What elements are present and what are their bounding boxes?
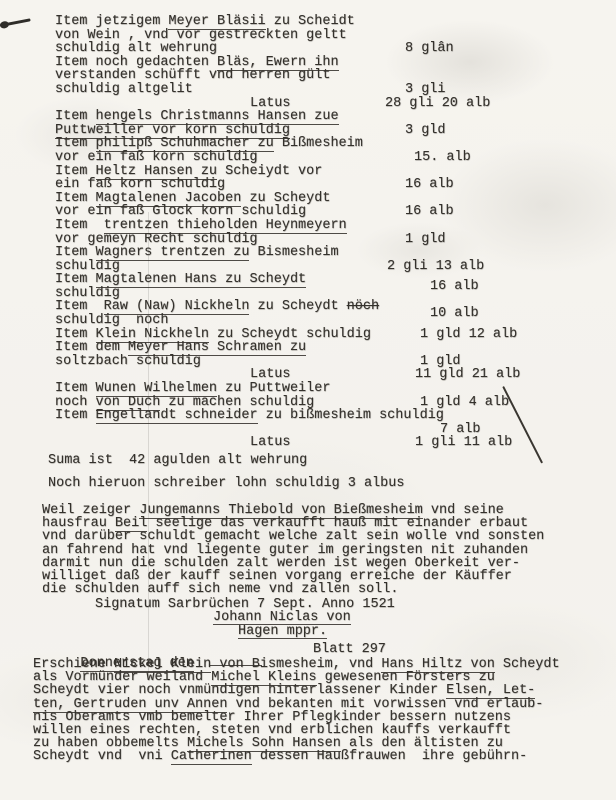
- ledger-entry: Item hengels Christmanns Hansen zuePuttw…: [55, 110, 575, 137]
- ledger-entry: Item jetzigem Meyer Bläsii zu Scheidtvon…: [55, 15, 575, 56]
- ledger-line: Item Magtalenen Hans zu Scheydt: [55, 273, 575, 287]
- latus-row: Latus11 gld 21 alb: [55, 368, 575, 382]
- ledger-line: schuldig noch10 alb: [55, 314, 575, 328]
- ledger-line: schuldig altgelit3 gli: [55, 83, 575, 97]
- scanned-page: Item jetzigem Meyer Bläsii zu Scheidtvon…: [0, 0, 616, 800]
- ledger-entry: Item dem Meyer Hans Schramen zusoltzbach…: [55, 341, 575, 368]
- amount-value: 2 gli 13 alb: [387, 260, 484, 274]
- ledger-line: Item Wagners trentzen zu Bismesheim: [55, 246, 575, 260]
- text-run: zu bißmesheim schuldig: [258, 408, 444, 423]
- ledger-entry: Item Magtalenen Hans zu Scheydtschuldig1…: [55, 273, 575, 300]
- amount-value: 10 alb: [430, 307, 479, 321]
- ledger-entry: Item noch gedachten Bläs, Ewern ihnverst…: [55, 56, 575, 97]
- ledger-line: schuldig alt wehrung8 glân: [55, 42, 575, 56]
- latus-label: Latus: [250, 436, 291, 450]
- text-run: schuldig altgelit: [55, 82, 193, 97]
- ledger-entry: Item Raw (Naw) Nickheln zu Scheydt nöchs…: [55, 300, 575, 327]
- ledger-entry: Item Magtalenen Jacoben zu Scheydtvor ei…: [55, 192, 575, 219]
- amount-value: 1 gld: [405, 233, 446, 247]
- ledger-line: verstanden schüfft vnd herren gült: [55, 69, 575, 83]
- blatt-label: Blatt 297: [313, 643, 386, 656]
- underlined-text: Engellandt schneider: [96, 408, 258, 424]
- amount-value: 11 gld 21 alb: [415, 368, 520, 382]
- ledger-line: Item Engellandt schneider zu bißmesheim …: [55, 409, 575, 423]
- latus-row: Latus1 gli 11 alb: [55, 436, 575, 450]
- ledger-line: Item philipß Schuhmacher zu Bißmesheim: [55, 137, 575, 151]
- ledger-entry: Item Wunen Wilhelmen zu Puttweilernoch v…: [55, 382, 575, 409]
- latus-label: Latus: [250, 368, 291, 382]
- text-run: dessen Haußfrauwen ihre gebührn-: [252, 749, 527, 764]
- underlined-text: Magtalenen Hans zu Scheydt: [96, 272, 307, 288]
- amount-value: 16 alb: [405, 205, 454, 219]
- ledger-line: vor ein faß Glock korn schuldig16 alb: [55, 205, 575, 219]
- ledger-entry: Item Wagners trentzen zu Bismesheimschul…: [55, 246, 575, 273]
- ledger-line: Item Wunen Wilhelmen zu Puttweiler: [55, 382, 575, 396]
- latus-line: Latus1 gli 11 alb: [55, 436, 575, 450]
- ledger-entry: Item trentzen thieholden Heynmeyernvor g…: [55, 219, 575, 246]
- struck-text: nöch: [347, 299, 379, 314]
- signature-name-line2: Hagen mppr.: [238, 625, 327, 639]
- amount-value: 16 alb: [405, 178, 454, 192]
- amount-value: 15. alb: [414, 151, 471, 165]
- text-run: Item: [55, 109, 96, 124]
- text-run: Item: [55, 408, 96, 423]
- ledger-line: Item jetzigem Meyer Bläsii zu Scheidt: [55, 15, 575, 29]
- ledger-line: Item hengels Christmanns Hansen zue: [55, 110, 575, 124]
- ledger-entry: Item Engellandt schneider zu bißmesheim …: [55, 409, 575, 436]
- text-run: die schulden auff sich neme vnd zallen s…: [42, 582, 398, 597]
- ledger-line: Item trentzen thieholden Heynmeyern: [55, 219, 575, 233]
- text-run: soltzbach schuldig: [55, 354, 201, 369]
- latus-line: Latus11 gld 21 alb: [55, 368, 575, 382]
- paragraph-line: die schulden auff sich neme vnd zallen s…: [42, 583, 582, 596]
- ledger-line: Item dem Meyer Hans Schramen zu: [55, 341, 575, 355]
- amount-value: 3 gld: [405, 124, 446, 138]
- text-run: Scheiydt vor: [217, 164, 322, 179]
- text-run: Bismesheim: [249, 245, 338, 260]
- ledger-entry: Item philipß Schuhmacher zu Bißmesheimvo…: [55, 137, 575, 164]
- debt-ledger: Item jetzigem Meyer Bläsii zu Scheidtvon…: [55, 15, 575, 450]
- schreiber-line: Noch hieruon schreiber lohn schuldig 3 a…: [48, 477, 404, 490]
- amount-value: 16 alb: [430, 280, 479, 294]
- amount-value: 28 gli 20 alb: [385, 97, 490, 111]
- amount-value: 3 gli: [405, 83, 446, 97]
- amount-value: 1 gli 11 alb: [415, 436, 512, 450]
- suma-line: Suma ist 42 agulden alt wehrung: [48, 454, 307, 467]
- amount-value: 1 gld 12 alb: [420, 328, 517, 342]
- underlined-text: Catherinen: [171, 749, 252, 765]
- paragraph-sale: Weil zeiger Jungemanns Thiebold von Bieß…: [42, 504, 582, 596]
- text-run: zu Scheydt: [249, 299, 346, 314]
- text-run: Scheydt vnd vni: [33, 749, 171, 764]
- ledger-entry: Item Heltz Hansen zu Scheiydt vorein faß…: [55, 165, 575, 192]
- amount-value: 8 glân: [405, 42, 454, 56]
- text-run: Bißmesheim: [274, 136, 363, 151]
- paragraph-line: Scheydt vnd vni Catherinen dessen Haußfr…: [33, 750, 593, 763]
- ledger-line: vor ein faß korn schuldig15. alb: [55, 151, 575, 165]
- paragraph-guardians: Erschiene Nickel Klein von Bismesheim, v…: [33, 658, 593, 764]
- pen-stroke-topleft: [1, 18, 31, 27]
- text-run: Scheydt: [495, 657, 560, 672]
- ledger-line: ein faß korn schuldig16 alb: [55, 178, 575, 192]
